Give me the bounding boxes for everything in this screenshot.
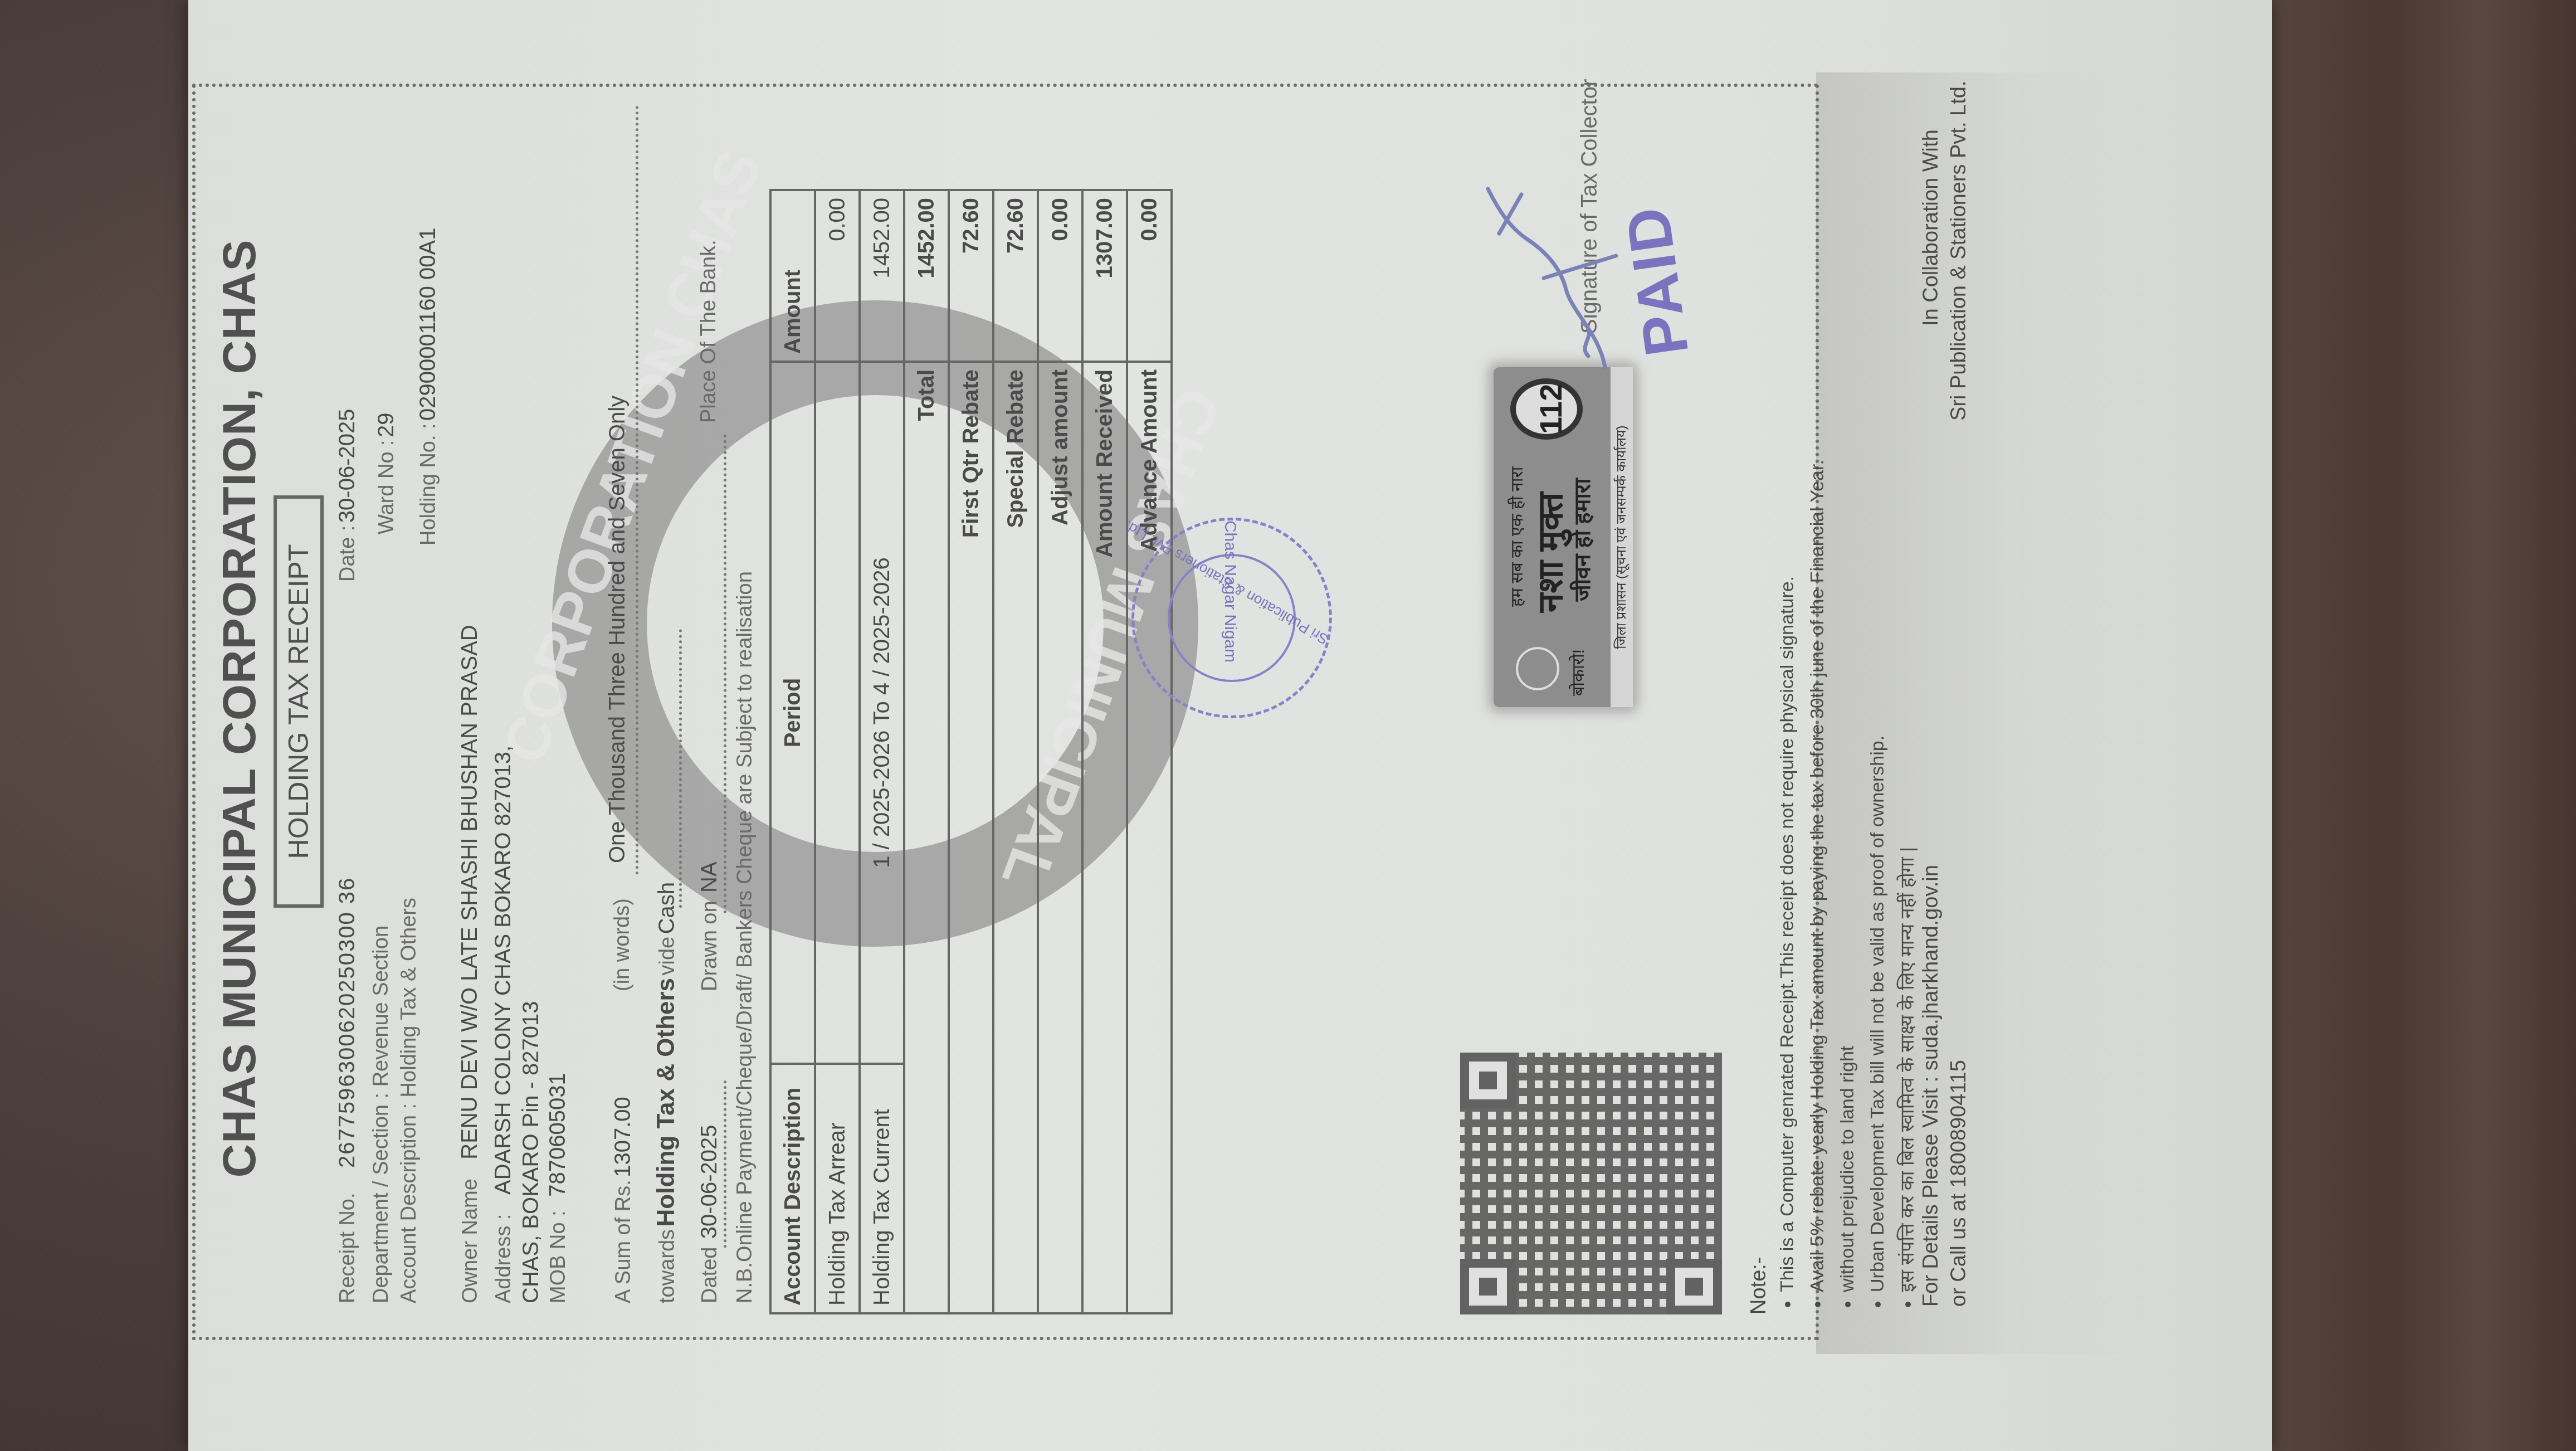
owner-label: Owner Name <box>458 1179 482 1303</box>
emblem-icon <box>1516 647 1559 690</box>
nb-note: N.B.Online Payment/Cheque/Draft/ Bankers… <box>733 571 757 1303</box>
notes-list: This is a Computer genrated Receipt.This… <box>1772 460 1923 1320</box>
date-row: Date : 30-06-2025 <box>335 409 360 582</box>
helpline-badge: 112 <box>1510 378 1583 440</box>
owner-value: RENU DEVI W/O LATE SHASHI BHUSHAN PRASAD <box>457 625 482 1159</box>
summary-label: Total <box>904 362 949 1313</box>
org-title: CHAS MUNICIPAL CORPORATION, CHAS <box>212 80 266 1337</box>
towards-row: towards Holding Tax & Others vide Cash <box>652 882 680 1303</box>
summary-row: First Qtr Rebate 72.60 <box>949 190 993 1313</box>
owner-row: Owner Name RENU DEVI W/O LATE SHASHI BHU… <box>457 625 482 1303</box>
drawn-on-label: Drawn on <box>698 900 721 991</box>
wood-background <box>2262 0 2576 1451</box>
table-row: Holding Tax Current 1 / 2025-2026 To 4 /… <box>860 190 904 1313</box>
account-description: Account Description : Holding Tax & Othe… <box>397 898 421 1303</box>
tax-table: Account Description Period Amount Holdin… <box>769 189 1173 1314</box>
sum-label: A Sum of Rs. <box>612 1180 635 1303</box>
note-item: Avail 5% rebate yearly Holding Tax amoun… <box>1802 460 1832 1292</box>
dated-label: Dated <box>698 1247 721 1303</box>
receipt-no-value: 2677596300620250300 36 <box>335 877 359 1168</box>
date-value: 30-06-2025 <box>335 409 359 523</box>
summary-amount: 0.00 <box>1127 190 1172 362</box>
row-desc: Holding Tax Current <box>860 1064 904 1313</box>
row-period: 1 / 2025-2026 To 4 / 2025-2026 <box>860 362 904 1064</box>
ward-value: 29 <box>374 412 398 437</box>
dated-value: 30-06-2025 <box>697 1125 721 1239</box>
table-row: Holding Tax Arrear 0.00 <box>815 190 860 1313</box>
summary-row: Amount Received 1307.00 <box>1082 190 1127 1313</box>
row-amount: 0.00 <box>815 190 860 362</box>
summary-row: Special Rebate 72.60 <box>993 190 1038 1313</box>
dated-row: Dated 30-06-2025 <box>697 1125 722 1303</box>
summary-row: Adjust amount 0.00 <box>1038 190 1082 1313</box>
banner-line1: हम सब का एक ही नारा <box>1505 466 1528 607</box>
in-words-value: One Thousand Three Hundred and Seven Onl… <box>605 396 630 863</box>
row-amount: 1452.00 <box>860 190 904 362</box>
qr-finder <box>1460 1053 1516 1108</box>
mob-row: MOB No : 7870605031 <box>545 1073 570 1303</box>
qr-finder <box>1666 1259 1722 1314</box>
ward-row: Ward No : 29 <box>374 412 399 534</box>
stamp-inner-text: Chas Nagar Nigam <box>1221 520 1240 663</box>
drawn-on-dotline <box>724 434 726 913</box>
row-desc: Holding Tax Arrear <box>815 1064 860 1313</box>
summary-amount: 1307.00 <box>1082 190 1127 362</box>
summary-label: Amount Received <box>1082 362 1127 1313</box>
ward-label: Ward No : <box>375 440 398 534</box>
summary-amount: 72.60 <box>993 190 1038 362</box>
dated-dotline <box>724 1080 726 1248</box>
banner-line3: जीवन हो हमारा <box>1566 478 1597 601</box>
towards-value: Holding Tax & Others <box>652 978 680 1227</box>
vide-value: Cash <box>655 882 679 934</box>
receipt-no-label: Receipt No. <box>336 1192 359 1303</box>
sum-row: A Sum of Rs. 1307.00 <box>611 1097 636 1303</box>
banner-logo-text: बोकारो! <box>1566 649 1589 696</box>
note-item: इस संपत्ति कर का बिल स्वामित्व के साक्ष्… <box>1892 460 1923 1292</box>
summary-amount: 0.00 <box>1038 190 1082 362</box>
note-item: without prejudice to land right <box>1832 460 1862 1292</box>
tax-table-body: Account Description Period Amount Holdin… <box>770 190 1172 1313</box>
handwritten-signature <box>1477 167 1622 378</box>
holding-row: Holding No. : 02900001160 00A1 <box>416 228 441 546</box>
summary-label: Advance Amount <box>1127 362 1172 1313</box>
department: Department / Section : Revenue Section <box>369 926 393 1303</box>
company-rubber-stamp: Sri Publication & Stationers Pvt. Ltd. C… <box>1131 518 1332 718</box>
note-item: Urban Development Tax bill will not be v… <box>1862 460 1892 1292</box>
holding-label: Holding No. : <box>417 423 440 546</box>
vide-label: vide <box>656 937 679 976</box>
note-item: This is a Computer genrated Receipt.This… <box>1772 460 1802 1292</box>
holding-value: 02900001160 00A1 <box>416 228 440 421</box>
vide-dotline <box>679 629 682 908</box>
date-label: Date : <box>336 525 359 582</box>
banner-footer: जिला प्रशासन (सूचना एवं जनसम्पर्क कार्या… <box>1611 367 1633 707</box>
row-period <box>815 362 860 1064</box>
header-period: Period <box>770 362 815 1064</box>
mob-label: MOB No : <box>547 1210 570 1303</box>
place-of-bank: Place Of The Bank. <box>697 240 721 423</box>
summary-row: Total 1452.00 <box>904 190 949 1313</box>
qr-code <box>1460 1053 1722 1314</box>
notes-heading: Note:- <box>1747 1257 1771 1314</box>
table-header-row: Account Description Period Amount <box>770 190 815 1313</box>
holding-tax-receipt: CORPORATION CHAS CHAS MUNICIPAL CHAS MUN… <box>192 84 1819 1340</box>
doc-title: HOLDING TAX RECEIPT <box>274 495 324 908</box>
address-line1: ADARSH COLONY CHAS BOKARO 827013, <box>491 746 515 1195</box>
address-row: Address : ADARSH COLONY CHAS BOKARO 8270… <box>491 746 516 1303</box>
paid-stamp: PAID <box>1612 201 1702 361</box>
summary-row: Advance Amount 0.00 <box>1127 190 1172 1313</box>
drawn-on-value: NA <box>697 861 721 893</box>
in-words-label: (in words) <box>611 898 635 991</box>
summary-amount: 1452.00 <box>904 190 949 362</box>
summary-label: Special Rebate <box>993 362 1038 1313</box>
summary-label: Adjust amount <box>1038 362 1082 1313</box>
mob-value: 7870605031 <box>545 1073 570 1196</box>
towards-label: towards <box>656 1229 679 1303</box>
in-words-dotline <box>636 105 638 874</box>
header-amount: Amount <box>770 190 815 362</box>
summary-amount: 72.60 <box>949 190 993 362</box>
drawn-on-row: Drawn on NA <box>697 861 722 991</box>
address-label: Address : <box>492 1214 515 1303</box>
anti-drug-banner: बोकारो! हम सब का एक ही नारा नशा मुक्त जी… <box>1494 367 1633 707</box>
receipt-no-row: Receipt No. 2677596300620250300 36 <box>335 877 360 1303</box>
sum-value: 1307.00 <box>611 1097 635 1177</box>
address-line2: CHAS, BOKARO Pin - 827013 <box>519 1001 544 1303</box>
qr-finder <box>1460 1259 1516 1314</box>
summary-label: First Qtr Rebate <box>949 362 993 1313</box>
header-account-description: Account Description <box>770 1064 815 1313</box>
